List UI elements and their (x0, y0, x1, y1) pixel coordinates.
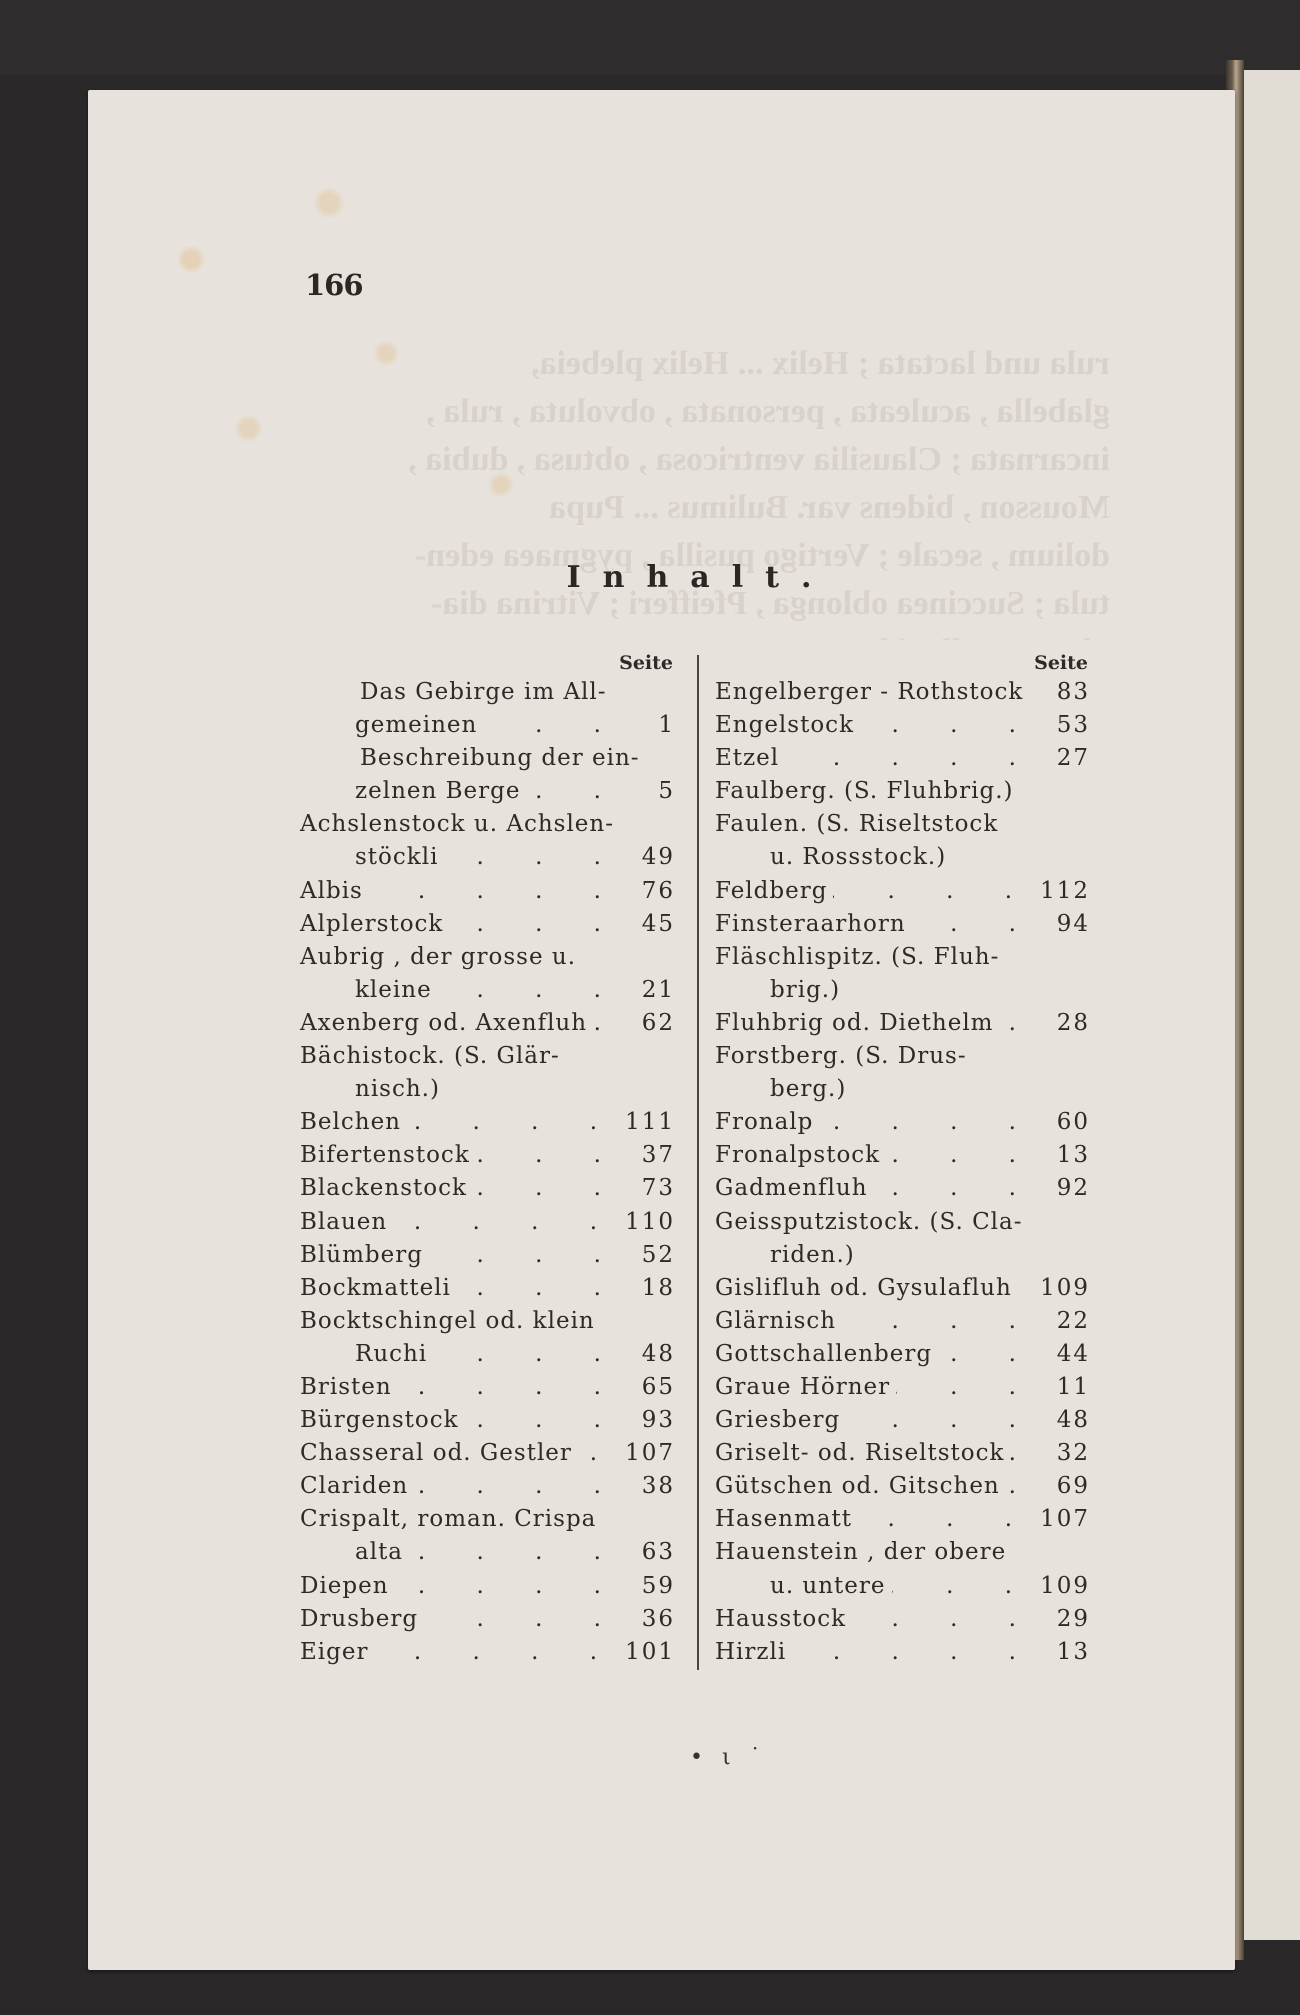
dot-leader: . . . . . . . . . . . . (892, 1570, 1035, 1603)
dot-leader: . . . . . . . . . . . . (886, 1139, 1038, 1172)
toc-page-number: 69 (1044, 1470, 1090, 1503)
dot-leader: . . . . . . . . . . . . (369, 875, 623, 908)
dot-leader: . . . . . . . . . . . . (1018, 1272, 1034, 1305)
toc-entry-line: Drusberg. . . . . . . . . . . .36 (300, 1603, 675, 1636)
toc-entry-line: Bockmatteli. . . . . . . . . . . .18 (300, 1272, 675, 1305)
toc-entry-line: Beschreibung der ein- (300, 742, 675, 775)
toc-entry-line: Eiger. . . . . . . . . . . .101 (300, 1636, 675, 1669)
toc-page-number: 32 (1044, 1437, 1090, 1470)
toc-page-number: 83 (1044, 676, 1090, 709)
toc-entry: Alplerstock. . . . . . . . . . . .45 (300, 908, 675, 941)
toc-entry-line: Glärnisch. . . . . . . . . . . .22 (715, 1305, 1090, 1338)
toc-entry-line: Axenberg od. Axenfluh. . . . . . . . . .… (300, 1007, 675, 1040)
toc-entry-line: stöckli. . . . . . . . . . . .49 (300, 841, 675, 874)
toc-page-number: 63 (629, 1536, 675, 1569)
dot-leader: . . . . . . . . . . . . (457, 1272, 623, 1305)
toc-entry-title: stöckli (355, 841, 438, 874)
toc-entry: Blauen. . . . . . . . . . . .110 (300, 1206, 675, 1239)
dot-leader: . . . . . . . . . . . . (414, 1470, 623, 1503)
column-header-seite: Seite (300, 650, 675, 676)
toc-entry-title: Fluhbrig od. Diethelm (715, 1007, 993, 1040)
dot-leader: . . . . . . . . . . . . (398, 1371, 623, 1404)
toc-page-number: 52 (629, 1239, 675, 1272)
toc-page-number: 48 (1044, 1404, 1090, 1437)
toc-entry-title: Fläschlispitz. (S. Fluh- (715, 941, 999, 974)
toc-entry: Geissputzistock. (S. Cla-riden.) (715, 1206, 1090, 1272)
toc-entry-title: Bockmatteli (300, 1272, 451, 1305)
dot-leader: . . . . . . . . . . . . (833, 875, 1034, 908)
toc-entry: Griselt- od. Riseltstock. . . . . . . . … (715, 1437, 1090, 1470)
toc-entry-line: Clariden. . . . . . . . . . . .38 (300, 1470, 675, 1503)
toc-entry: Drusberg. . . . . . . . . . . .36 (300, 1603, 675, 1636)
toc-page-number: 45 (629, 908, 675, 941)
dot-leader: . . . . . . . . . . . . (896, 1371, 1038, 1404)
toc-entry-title: Beschreibung der ein- (360, 742, 640, 775)
toc-entry-title: u. untere (770, 1570, 886, 1603)
toc-entry-line: Blackenstock. . . . . . . . . . . .73 (300, 1172, 675, 1205)
toc-entry: Blackenstock. . . . . . . . . . . .73 (300, 1172, 675, 1205)
toc-entry-line: Fronalpstock. . . . . . . . . . . .13 (715, 1139, 1090, 1172)
toc-entry-line: Gottschallenberg. . . . . . . . . . . .4… (715, 1338, 1090, 1371)
toc-entry-title: Griesberg (715, 1404, 840, 1437)
toc-entry-title: Hausstock (715, 1603, 846, 1636)
toc-entry-title: Bifertenstock (300, 1139, 470, 1172)
dot-leader: . . . . . . . . . . . . (819, 1106, 1038, 1139)
toc-entry-title: Chasseral od. Gestler (300, 1437, 572, 1470)
toc-entry-line: Graue Hörner. . . . . . . . . . . .11 (715, 1371, 1090, 1404)
toc-entry: Engelstock. . . . . . . . . . . .53 (715, 709, 1090, 742)
toc-entry-title: zelnen Berge (355, 775, 520, 808)
toc-entry-title: Belchen (300, 1106, 401, 1139)
toc-page-number: 36 (629, 1603, 675, 1636)
toc-entry-line: Belchen. . . . . . . . . . . .111 (300, 1106, 675, 1139)
dot-leader: . . . . . . . . . . . . (938, 1338, 1038, 1371)
toc-entry-line: u. Rossstock.) (715, 841, 1090, 874)
toc-page-number: 62 (629, 1007, 675, 1040)
toc-entry-title: Griselt- od. Riseltstock (715, 1437, 1004, 1470)
toc-entry-line: alta. . . . . . . . . . . .63 (300, 1536, 675, 1569)
toc-entry-line: Gütschen od. Gitschen. . . . . . . . . .… (715, 1470, 1090, 1503)
dot-leader: . . . . . . . . . . . . (912, 908, 1038, 941)
dot-leader: . . . . . . . . . . . . (999, 1007, 1038, 1040)
toc-page-number: 110 (625, 1206, 675, 1239)
toc-page-number: 29 (1044, 1603, 1090, 1636)
toc-entry-line: brig.) (715, 974, 1090, 1007)
dot-leader: . . . . . . . . . . . . (433, 1338, 623, 1371)
toc-entry-title: Faulberg. (S. Fluhbrig.) (715, 775, 1014, 808)
toc-entry-title: Faulen. (S. Riseltstock (715, 808, 998, 841)
toc-entry-line: Diepen. . . . . . . . . . . .59 (300, 1570, 675, 1603)
toc-entry: Faulberg. (S. Fluhbrig.) (715, 775, 1090, 808)
dot-leader: . . . . . . . . . . . . (407, 1106, 619, 1139)
dot-leader: . . . . . . . . . . . . (438, 974, 623, 1007)
toc-entry-title: Fronalp (715, 1106, 813, 1139)
toc-entry-title: Crispalt, roman. Crispa (300, 1503, 596, 1536)
toc-entry-line: gemeinen. . . . . . . . . . . .1 (300, 709, 675, 742)
toc-entry: Glärnisch. . . . . . . . . . . .22 (715, 1305, 1090, 1338)
toc-entry: Bockmatteli. . . . . . . . . . . .18 (300, 1272, 675, 1305)
toc-entry-line: Blümberg. . . . . . . . . . . .52 (300, 1239, 675, 1272)
toc-entry-line: nisch.) (300, 1073, 675, 1106)
toc-entry-line: Fläschlispitz. (S. Fluh- (715, 941, 1090, 974)
toc-page-number: 94 (1044, 908, 1090, 941)
toc-page-number: 101 (625, 1636, 675, 1669)
toc-entry: Gütschen od. Gitschen. . . . . . . . . .… (715, 1470, 1090, 1503)
toc-entry-title: Achslenstock u. Achslen- (300, 808, 614, 841)
toc-page-number: 76 (629, 875, 675, 908)
column-divider (697, 655, 699, 1670)
toc-entry-title: Bächistock. (S. Glär- (300, 1040, 560, 1073)
dot-leader: . . . . . . . . . . . . (593, 1007, 623, 1040)
toc-entry-title: Albis (300, 875, 363, 908)
toc-entry-title: Gislifluh od. Gysulafluh (715, 1272, 1012, 1305)
dot-leader: . . . . . . . . . . . . (374, 1636, 619, 1669)
toc-entry-line: Bürgenstock. . . . . . . . . . . .93 (300, 1404, 675, 1437)
toc-entry-line: Etzel. . . . . . . . . . . .27 (715, 742, 1090, 775)
toc-page-number: 60 (1044, 1106, 1090, 1139)
toc-entry-line: Albis. . . . . . . . . . . .76 (300, 875, 675, 908)
toc-entry: Finsteraarhorn. . . . . . . . . . . .94 (715, 908, 1090, 941)
toc-entry-title: Feldberg (715, 875, 827, 908)
toc-entry-title: Axenberg od. Axenfluh (300, 1007, 587, 1040)
toc-entry-title: Clariden (300, 1470, 408, 1503)
toc-entry-line: Hausstock. . . . . . . . . . . .29 (715, 1603, 1090, 1636)
toc-entry: Engelberger - Rothstock. . . . . . . . .… (715, 676, 1090, 709)
toc-page-number: 109 (1040, 1272, 1090, 1305)
scan-background (0, 0, 1300, 75)
toc-entry: Belchen. . . . . . . . . . . .111 (300, 1106, 675, 1139)
dot-leader: . . . . . . . . . . . . (476, 1139, 623, 1172)
toc-page-number: 21 (629, 974, 675, 1007)
toc-entry-line: u. untere. . . . . . . . . . . .109 (715, 1570, 1090, 1603)
toc-entry: Bocktschingel od. kleinRuchi. . . . . . … (300, 1305, 675, 1371)
toc-entry: Diepen. . . . . . . . . . . .59 (300, 1570, 675, 1603)
toc-page-number: 107 (625, 1437, 675, 1470)
toc-entry-title: Das Gebirge im All- (360, 676, 607, 709)
toc-entry-line: Feldberg. . . . . . . . . . . .112 (715, 875, 1090, 908)
toc-entry: Eiger. . . . . . . . . . . .101 (300, 1636, 675, 1669)
toc-entry: Beschreibung der ein-zelnen Berge. . . .… (300, 742, 675, 808)
toc-entry-line: Faulen. (S. Riseltstock (715, 808, 1090, 841)
toc-entry-line: riden.) (715, 1239, 1090, 1272)
toc-list-right: Engelberger - Rothstock. . . . . . . . .… (715, 676, 1090, 1669)
toc-entry: Bifertenstock. . . . . . . . . . . .37 (300, 1139, 675, 1172)
toc-entry: Hausstock. . . . . . . . . . . .29 (715, 1603, 1090, 1636)
dot-leader: . . . . . . . . . . . . (465, 1404, 623, 1437)
toc-entry: Clariden. . . . . . . . . . . .38 (300, 1470, 675, 1503)
toc-entry-line: Bifertenstock. . . . . . . . . . . .37 (300, 1139, 675, 1172)
toc-entry-title: Finsteraarhorn (715, 908, 906, 941)
toc-entry: Gislifluh od. Gysulafluh. . . . . . . . … (715, 1272, 1090, 1305)
toc-entry-title: Geissputzistock. (S. Cla- (715, 1206, 1023, 1239)
toc-entry: Das Gebirge im All-gemeinen. . . . . . .… (300, 676, 675, 742)
toc-entry-line: Gadmenfluh. . . . . . . . . . . .92 (715, 1172, 1090, 1205)
toc-entry-title: Bristen (300, 1371, 392, 1404)
toc-entry: Hasenmatt. . . . . . . . . . . .107 (715, 1503, 1090, 1536)
toc-entry-line: Finsteraarhorn. . . . . . . . . . . .94 (715, 908, 1090, 941)
toc-page-number: 22 (1044, 1305, 1090, 1338)
toc-entry: Etzel. . . . . . . . . . . .27 (715, 742, 1090, 775)
toc-entry-title: Forstberg. (S. Drus- (715, 1040, 967, 1073)
toc-entry-title: Gadmenfluh (715, 1172, 868, 1205)
dot-leader: . . . . . . . . . . . . (449, 908, 623, 941)
dot-leader: . . . . . . . . . . . . (526, 775, 623, 808)
toc-page-number: 1 (629, 709, 675, 742)
toc-entry-line: Crispalt, roman. Crispa (300, 1503, 675, 1536)
toc-entry: Graue Hörner. . . . . . . . . . . .11 (715, 1371, 1090, 1404)
toc-entry-line: zelnen Berge. . . . . . . . . . . .5 (300, 775, 675, 808)
dot-leader: . . . . . . . . . . . . (842, 1305, 1038, 1338)
toc-entry-title: brig.) (770, 974, 840, 1007)
toc-entry-line: Fluhbrig od. Diethelm. . . . . . . . . .… (715, 1007, 1090, 1040)
dot-leader: . . . . . . . . . . . . (858, 1503, 1034, 1536)
toc-page-number: 38 (629, 1470, 675, 1503)
toc-entry-title: Engelberger - Rothstock (715, 676, 1023, 709)
toc-page-number: 93 (629, 1404, 675, 1437)
toc-entry: Fronalp. . . . . . . . . . . .60 (715, 1106, 1090, 1139)
toc-entry-line: Gislifluh od. Gysulafluh. . . . . . . . … (715, 1272, 1090, 1305)
toc-entry: Albis. . . . . . . . . . . .76 (300, 875, 675, 908)
dot-leader: . . . . . . . . . . . . (395, 1570, 623, 1603)
toc-page-number: 73 (629, 1172, 675, 1205)
toc-entry: Axenberg od. Axenfluh. . . . . . . . . .… (300, 1007, 675, 1040)
toc-entry-line: Bristen. . . . . . . . . . . .65 (300, 1371, 675, 1404)
toc-page-number: 49 (629, 841, 675, 874)
toc-entry-line: Hirzli. . . . . . . . . . . .13 (715, 1636, 1090, 1669)
toc-entry-title: Engelstock (715, 709, 854, 742)
dot-leader: . . . . . . . . . . . . (785, 742, 1038, 775)
dot-leader: . . . . . . . . . . . . (444, 841, 623, 874)
toc-page-number: 13 (1044, 1139, 1090, 1172)
dot-leader: . . . . . . . . . . . . (473, 1172, 623, 1205)
dot-leader: . . . . . . . . . . . . (578, 1437, 619, 1470)
toc-entry-title: Alplerstock (300, 908, 443, 941)
toc-entry-title: Bocktschingel od. klein (300, 1305, 595, 1338)
toc-entry: Gottschallenberg. . . . . . . . . . . .4… (715, 1338, 1090, 1371)
toc-entry-title: Hauenstein , der obere (715, 1536, 1006, 1569)
toc-column-right: Seite Engelberger - Rothstock. . . . . .… (715, 650, 1090, 1669)
toc-page-number: 18 (629, 1272, 675, 1305)
toc-entry-line: Das Gebirge im All- (300, 676, 675, 709)
toc-entry: Forstberg. (S. Drus-berg.) (715, 1040, 1090, 1106)
toc-page-number: 28 (1044, 1007, 1090, 1040)
column-header-seite: Seite (715, 650, 1090, 676)
printer-marks: • ι ˙ (690, 1745, 767, 1770)
dot-leader: . . . . . . . . . . . . (429, 1239, 623, 1272)
toc-entry-title: Blackenstock (300, 1172, 467, 1205)
toc-page-number: 44 (1044, 1338, 1090, 1371)
toc-entry-line: Ruchi. . . . . . . . . . . .48 (300, 1338, 675, 1371)
toc-entry-title: alta (355, 1536, 403, 1569)
toc-entry: Chasseral od. Gestler. . . . . . . . . .… (300, 1437, 675, 1470)
toc-entry-line: Bocktschingel od. klein (300, 1305, 675, 1338)
toc-entry-line: Hasenmatt. . . . . . . . . . . .107 (715, 1503, 1090, 1536)
dot-leader: . . . . . . . . . . . . (409, 1536, 623, 1569)
toc-entry: Bächistock. (S. Glär-nisch.) (300, 1040, 675, 1106)
toc-page-number: 13 (1044, 1636, 1090, 1669)
toc-entry: Fluhbrig od. Diethelm. . . . . . . . . .… (715, 1007, 1090, 1040)
dot-leader: . . . . . . . . . . . . (852, 1603, 1038, 1636)
toc-entry-title: Blümberg (300, 1239, 423, 1272)
toc-entry: Bristen. . . . . . . . . . . .65 (300, 1371, 675, 1404)
toc-page-number: 111 (625, 1106, 675, 1139)
toc-entry: Gadmenfluh. . . . . . . . . . . .92 (715, 1172, 1090, 1205)
toc-page-number: 37 (629, 1139, 675, 1172)
toc-entry-title: Glärnisch (715, 1305, 836, 1338)
toc-entry-title: Fronalpstock (715, 1139, 880, 1172)
toc-entry-line: Engelstock. . . . . . . . . . . .53 (715, 709, 1090, 742)
dot-leader: . . . . . . . . . . . . (483, 709, 623, 742)
dot-leader: . . . . . . . . . . . . (424, 1603, 623, 1636)
toc-entry-line: Achslenstock u. Achslen- (300, 808, 675, 841)
toc-entry: Feldberg. . . . . . . . . . . .112 (715, 875, 1090, 908)
toc-page-number: 5 (629, 775, 675, 808)
toc-entry-title: Diepen (300, 1570, 389, 1603)
toc-entry-line: kleine. . . . . . . . . . . .21 (300, 974, 675, 1007)
page-title: Inhalt. (540, 560, 860, 595)
dot-leader: . . . . . . . . . . . . (874, 1172, 1038, 1205)
toc-entry-line: Griesberg. . . . . . . . . . . .48 (715, 1404, 1090, 1437)
toc-entry-title: Bürgenstock (300, 1404, 459, 1437)
toc-page-number: 48 (629, 1338, 675, 1371)
toc-page-number: 53 (1044, 709, 1090, 742)
dot-leader: . . . . . . . . . . . . (860, 709, 1038, 742)
toc-entry-line: Alplerstock. . . . . . . . . . . .45 (300, 908, 675, 941)
toc-list-left: Das Gebirge im All-gemeinen. . . . . . .… (300, 676, 675, 1669)
toc-entry: Blümberg. . . . . . . . . . . .52 (300, 1239, 675, 1272)
toc-entry-line: Forstberg. (S. Drus- (715, 1040, 1090, 1073)
toc-entry-title: Eiger (300, 1636, 368, 1669)
toc-page-number: 112 (1040, 875, 1090, 908)
toc-entry-title: gemeinen (355, 709, 477, 742)
toc-entry-line: Bächistock. (S. Glär- (300, 1040, 675, 1073)
toc-page-number: 59 (629, 1570, 675, 1603)
toc-entry-title: Etzel (715, 742, 779, 775)
toc-entry-title: Gottschallenberg (715, 1338, 932, 1371)
toc-entry-title: nisch.) (355, 1073, 440, 1106)
toc-entry: Bürgenstock. . . . . . . . . . . .93 (300, 1404, 675, 1437)
toc-entry: Achslenstock u. Achslen-stöckli. . . . .… (300, 808, 675, 874)
toc-entry-title: Hirzli (715, 1636, 786, 1669)
toc-entry-line: Hauenstein , der obere (715, 1536, 1090, 1569)
dot-leader: . . . . . . . . . . . . (1010, 1437, 1038, 1470)
toc-entry-title: Blauen (300, 1206, 387, 1239)
toc-entry-title: riden.) (770, 1239, 855, 1272)
toc-entry-title: berg.) (770, 1073, 846, 1106)
toc-entry-line: berg.) (715, 1073, 1090, 1106)
toc-entry: Aubrig , der grosse u.kleine. . . . . . … (300, 941, 675, 1007)
toc-entry: Crispalt, roman. Crispaalta. . . . . . .… (300, 1503, 675, 1569)
toc-entry-title: u. Rossstock.) (770, 841, 946, 874)
toc-entry-title: Aubrig , der grosse u. (300, 941, 576, 974)
toc-entry-title: Ruchi (355, 1338, 427, 1371)
dot-leader: . . . . . . . . . . . . (1029, 676, 1038, 709)
toc-page-number: 109 (1040, 1570, 1090, 1603)
dot-leader: . . . . . . . . . . . . (1006, 1470, 1038, 1503)
toc-page-number: 92 (1044, 1172, 1090, 1205)
dot-leader: . . . . . . . . . . . . (846, 1404, 1038, 1437)
toc-entry-title: Drusberg (300, 1603, 418, 1636)
toc-entry: Fronalpstock. . . . . . . . . . . .13 (715, 1139, 1090, 1172)
toc-entry-line: Fronalp. . . . . . . . . . . .60 (715, 1106, 1090, 1139)
dot-leader: . . . . . . . . . . . . (792, 1636, 1038, 1669)
page-number: 166 (305, 268, 363, 302)
toc-entry-line: Aubrig , der grosse u. (300, 941, 675, 974)
toc-entry-title: Gütschen od. Gitschen (715, 1470, 1000, 1503)
toc-page-number: 107 (1040, 1503, 1090, 1536)
facing-page-edge (1244, 70, 1300, 1940)
toc-column-left: Seite Das Gebirge im All-gemeinen. . . .… (300, 650, 675, 1669)
toc-entry: Hauenstein , der obereu. untere. . . . .… (715, 1536, 1090, 1602)
toc-entry-title: kleine (355, 974, 432, 1007)
toc-entry-line: Geissputzistock. (S. Cla- (715, 1206, 1090, 1239)
toc-entry-line: Blauen. . . . . . . . . . . .110 (300, 1206, 675, 1239)
toc-entry: Faulen. (S. Riseltstocku. Rossstock.) (715, 808, 1090, 874)
toc-entry: Fläschlispitz. (S. Fluh-brig.) (715, 941, 1090, 1007)
dot-leader: . . . . . . . . . . . . (393, 1206, 619, 1239)
toc-entry-title: Hasenmatt (715, 1503, 852, 1536)
toc-entry: Hirzli. . . . . . . . . . . .13 (715, 1636, 1090, 1669)
toc-page-number: 65 (629, 1371, 675, 1404)
toc-entry: Griesberg. . . . . . . . . . . .48 (715, 1404, 1090, 1437)
toc-entry-line: Griselt- od. Riseltstock. . . . . . . . … (715, 1437, 1090, 1470)
toc-entry-line: Chasseral od. Gestler. . . . . . . . . .… (300, 1437, 675, 1470)
toc-page-number: 27 (1044, 742, 1090, 775)
toc-entry-title: Graue Hörner (715, 1371, 890, 1404)
toc-page-number: 11 (1044, 1371, 1090, 1404)
toc-entry-line: Faulberg. (S. Fluhbrig.) (715, 775, 1090, 808)
toc-entry-line: Engelberger - Rothstock. . . . . . . . .… (715, 676, 1090, 709)
